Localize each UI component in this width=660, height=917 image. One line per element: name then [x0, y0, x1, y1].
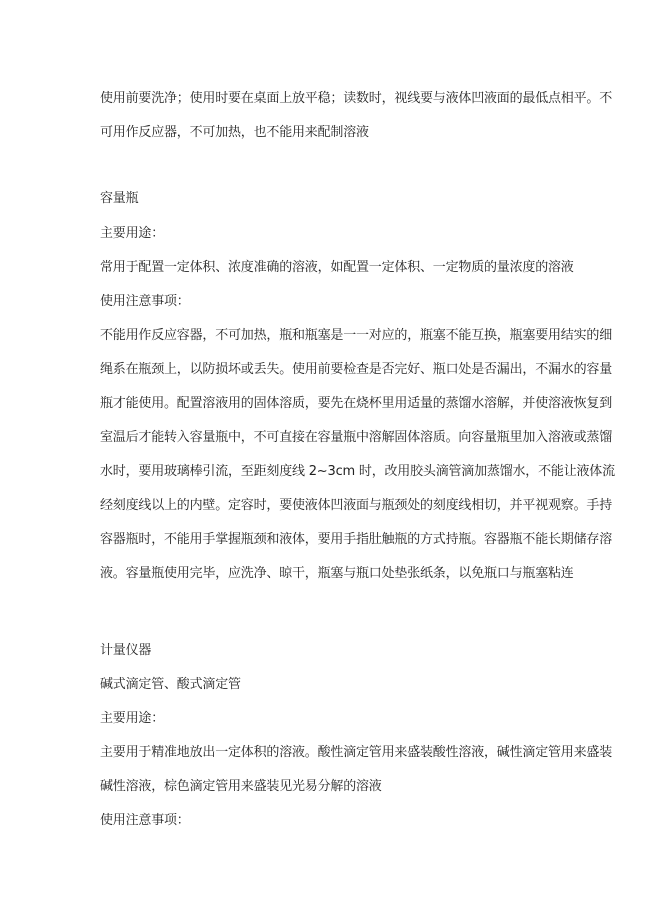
paragraph-line: 室温后才能转入容量瓶中，不可直接在容量瓶中溶解固体溶质。向容量瓶里加入溶液或蒸馏	[100, 429, 566, 447]
subsection-heading: 碱式滴定管、酸式滴定管	[100, 676, 566, 694]
paragraph-line: 瓶才能使用。配置溶液用的固体溶质，要先在烧杯里用适量的蒸馏水溶解，并使溶液恢复到	[100, 395, 566, 413]
subheading: 使用注意事项：	[100, 812, 566, 830]
paragraph-line: 不能用作反应容器，不可加热，瓶和瓶塞是一一对应的，瓶塞不能互换，瓶塞要用结实的细	[100, 327, 566, 345]
paragraph-line: 使用前要洗净；使用时要在桌面上放平稳；读数时，视线要与液体凹液面的最低点相平。不	[100, 90, 566, 108]
section-heading: 计量仪器	[100, 642, 566, 660]
paragraph-line: 容器瓶时，不能用手掌握瓶颈和液体，要用手指肚触瓶的方式持瓶。容器瓶不能长期储存溶	[100, 531, 566, 549]
paragraph-line: 主要用于精准地放出一定体积的溶液。酸性滴定管用来盛装酸性溶液，碱性滴定管用来盛装	[100, 744, 566, 762]
section-heading: 容量瓶	[100, 190, 566, 208]
paragraph-line: 可用作反应器，不可加热，也不能用来配制溶液	[100, 124, 566, 142]
paragraph-line: 绳系在瓶颈上，以防损坏或丢失。使用前要检查是否完好、瓶口处是否漏出，不漏水的容量	[100, 361, 566, 379]
subheading: 使用注意事项：	[100, 293, 566, 311]
paragraph-line: 常用于配置一定体积、浓度准确的溶液，如配置一定体积、一定物质的量浓度的溶液	[100, 259, 566, 277]
paragraph-line: 经刻度线以上的内壁。定容时，要使液体凹液面与瓶颈处的刻度线相切，并平视观察。手持	[100, 497, 566, 515]
subheading: 主要用途：	[100, 710, 566, 728]
paragraph-line: 水时，要用玻璃棒引流，至距刻度线 2~3cm 时，改用胶头滴管滴加蒸馏水，不能让…	[100, 463, 566, 481]
subheading: 主要用途：	[100, 225, 566, 243]
paragraph-line: 液。容量瓶使用完毕，应洗净、晾干，瓶塞与瓶口处垫张纸条，以免瓶口与瓶塞粘连	[100, 565, 566, 583]
paragraph-line: 碱性溶液，棕色滴定管用来盛装见光易分解的溶液	[100, 778, 566, 796]
